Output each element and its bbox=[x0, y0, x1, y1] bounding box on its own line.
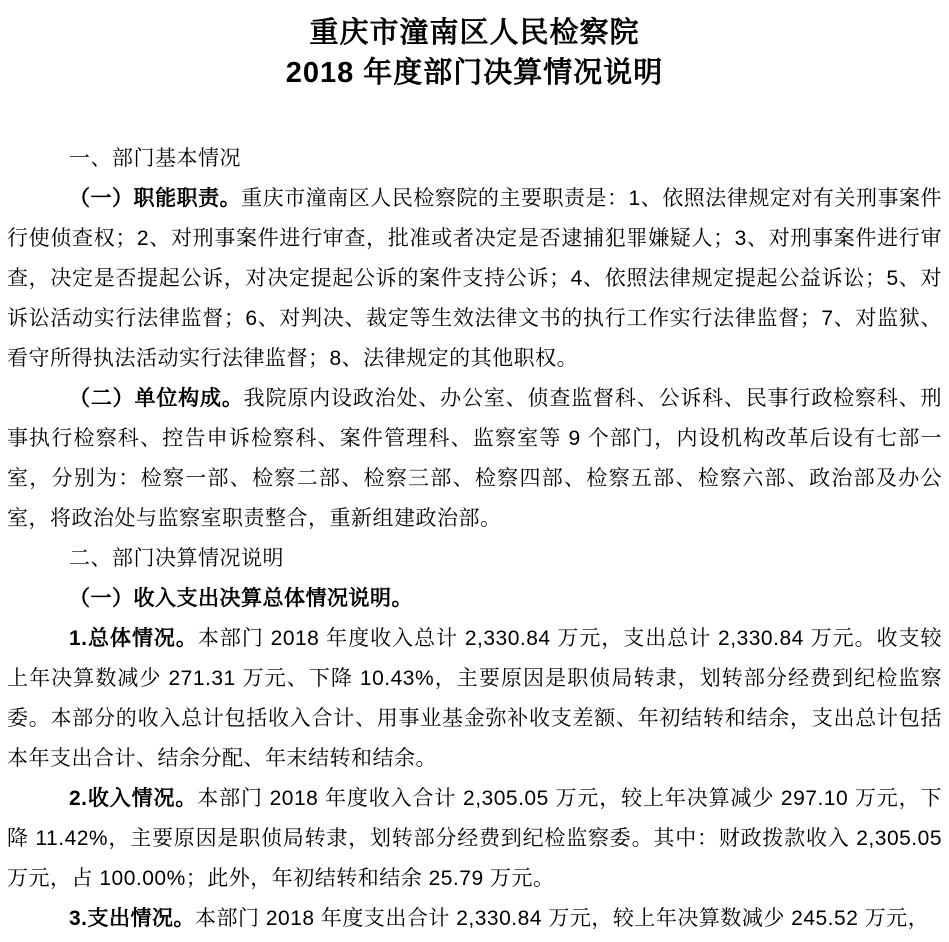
paragraph-overall-situation: 1.总体情况。本部门 2018 年度收入总计 2,330.84 万元，支出总计 … bbox=[7, 619, 942, 779]
paragraph-income-situation: 2.收入情况。本部门 2018 年度收入合计 2,305.05 万元，较上年决算… bbox=[7, 779, 942, 899]
paragraph-unit-composition: （二）单位构成。我院原内设政治处、办公室、侦查监督科、公诉科、民事行政检察科、刑… bbox=[7, 379, 942, 539]
document-title-line2: 2018 年度部门决算情况说明 bbox=[0, 53, 949, 93]
subsection-heading-income-expenditure: （一）收入支出决算总体情况说明。 bbox=[7, 579, 942, 619]
document-title-line1: 重庆市潼南区人民检察院 bbox=[0, 13, 949, 53]
document-page: 重庆市潼南区人民检察院 2018 年度部门决算情况说明 一、部门基本情况 （一）… bbox=[0, 0, 949, 942]
paragraph-expenditure-situation: 3.支出情况。本部门 2018 年度支出合计 2,330.84 万元，较上年决算… bbox=[7, 899, 942, 939]
paragraph-text: 本部门 2018 年度支出合计 2,330.84 万元，较上年决算数减少 245… bbox=[195, 907, 929, 930]
section-heading-final-accounts: 二、部门决算情况说明 bbox=[7, 539, 942, 579]
document-body: 一、部门基本情况 （一）职能职责。重庆市潼南区人民检察院的主要职责是：1、依照法… bbox=[0, 139, 949, 939]
paragraph-label: 2.收入情况。 bbox=[69, 787, 197, 810]
document-title: 重庆市潼南区人民检察院 2018 年度部门决算情况说明 bbox=[0, 0, 949, 93]
paragraph-label: 1.总体情况。 bbox=[69, 627, 198, 650]
paragraph-label: （二）单位构成。 bbox=[69, 387, 244, 410]
paragraph-label: （一）职能职责。 bbox=[69, 187, 241, 210]
paragraph-label: 3.支出情况。 bbox=[69, 907, 195, 930]
paragraph-functions-duties: （一）职能职责。重庆市潼南区人民检察院的主要职责是：1、依照法律规定对有关刑事案… bbox=[7, 179, 942, 379]
paragraph-text: 重庆市潼南区人民检察院的主要职责是：1、依照法律规定对有关刑事案件行使侦查权；2… bbox=[7, 187, 942, 370]
section-heading-basic-info: 一、部门基本情况 bbox=[7, 139, 942, 179]
